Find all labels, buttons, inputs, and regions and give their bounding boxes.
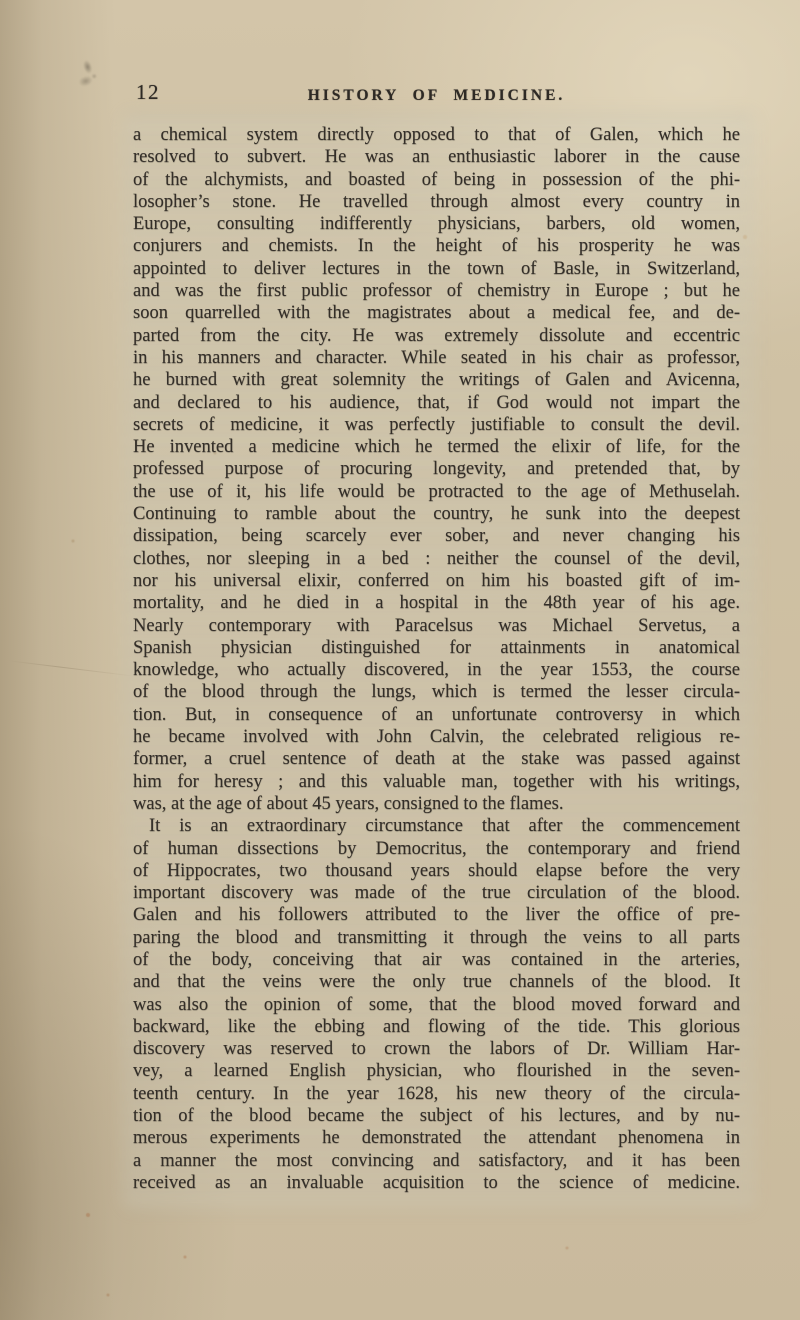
text-line: and was the first public professor of ch…: [133, 280, 740, 302]
text-line: important discovery was made of the true…: [133, 882, 740, 904]
text-line: He invented a medicine which he termed t…: [133, 436, 740, 458]
text-line: It is an extraordinary circumstance that…: [133, 815, 740, 837]
text-line: paring the blood and transmitting it thr…: [133, 927, 740, 949]
book-page-scan: 12 HISTORY OF MEDICINE. a chemical syste…: [0, 0, 800, 1320]
text-line: professed purpose of procuring longevity…: [133, 458, 740, 480]
text-line: him for heresy ; and this valuable man, …: [133, 771, 740, 793]
text-line: was also the opinion of some, that the b…: [133, 994, 740, 1016]
text-line: discovery was reserved to crown the labo…: [133, 1038, 740, 1060]
text-line: conjurers and chemists. In the height of…: [133, 235, 740, 257]
text-line: and that the veins were the only true ch…: [133, 971, 740, 993]
paper-crease: [8, 660, 135, 677]
ink-smudge: [69, 55, 104, 95]
text-line: vey, a learned English physician, who fl…: [133, 1060, 740, 1082]
text-line: former, a cruel sentence of death at the…: [133, 748, 740, 770]
text-line: he burned with great solemnity the writi…: [133, 369, 740, 391]
text-line: Europe, consulting indifferently physici…: [133, 213, 740, 235]
text-line: of the alchymists, and boasted of being …: [133, 169, 740, 191]
text-line: knowledge, who actually discovered, in t…: [133, 659, 740, 681]
text-line: Spanish physician distinguished for atta…: [133, 637, 740, 659]
text-line: a manner the most convincing and satisfa…: [133, 1150, 740, 1172]
text-line: of the body, conceiving that air was con…: [133, 949, 740, 971]
text-line: dissipation, being scarcely ever sober, …: [133, 525, 740, 547]
text-line: Galen and his followers attributed to th…: [133, 904, 740, 926]
text-line: appointed to deliver lectures in the tow…: [133, 258, 740, 280]
paper-specks: [0, 0, 2, 2]
text-line: the use of it, his life would be protrac…: [133, 481, 740, 503]
text-line: clothes, nor sleeping in a bed : neither…: [133, 548, 740, 570]
text-line: of Hippocrates, two thousand years shoul…: [133, 860, 740, 882]
text-line: and declared to his audience, that, if G…: [133, 392, 740, 414]
text-line: received as an invaluable acquisition to…: [133, 1172, 740, 1194]
text-line: losopher’s stone. He travelled through a…: [133, 191, 740, 213]
text-line: parted from the city. He was extremely d…: [133, 325, 740, 347]
text-line: mortality, and he died in a hospital in …: [133, 592, 740, 614]
text-line: soon quarrelled with the magistrates abo…: [133, 302, 740, 324]
running-header: HISTORY OF MEDICINE.: [133, 87, 740, 105]
text-line: tion. But, in consequence of an unfortun…: [133, 704, 740, 726]
text-line: secrets of medicine, it was perfectly ju…: [133, 414, 740, 436]
text-line: backward, like the ebbing and flowing of…: [133, 1016, 740, 1038]
text-line: tion of the blood became the subject of …: [133, 1105, 740, 1127]
text-line: he became involved with John Calvin, the…: [133, 726, 740, 748]
text-line: was, at the age of about 45 years, consi…: [133, 793, 740, 815]
text-line: nor his universal elixir, conferred on h…: [133, 570, 740, 592]
text-line: of the blood through the lungs, which is…: [133, 681, 740, 703]
text-line: of human dissections by Democritus, the …: [133, 838, 740, 860]
text-line: Continuing to ramble about the country, …: [133, 503, 740, 525]
page-body-text: a chemical system directly opposed to th…: [133, 124, 740, 1194]
text-line: in his manners and character. While seat…: [133, 347, 740, 369]
text-line: Nearly contemporary with Paracelsus was …: [133, 615, 740, 637]
text-line: a chemical system directly opposed to th…: [133, 124, 740, 146]
text-line: teenth century. In the year 1628, his ne…: [133, 1083, 740, 1105]
text-line: merous experiments he demonstrated the a…: [133, 1127, 740, 1149]
text-line: resolved to subvert. He was an enthusias…: [133, 146, 740, 168]
